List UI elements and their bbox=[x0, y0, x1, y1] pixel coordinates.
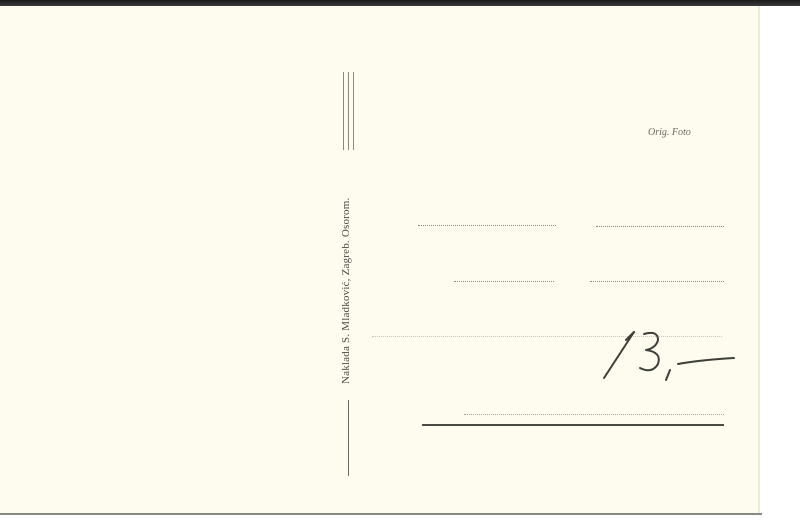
divider-line-top-1 bbox=[343, 72, 344, 150]
divider-line-top-2 bbox=[348, 72, 349, 150]
publisher-imprint: Naklada S. Mladković, Zagreb. Osorom. bbox=[340, 198, 352, 384]
address-line-2-right bbox=[590, 281, 724, 282]
handwritten-price: 13,— bbox=[600, 328, 740, 388]
postcard-bottom-edge bbox=[0, 513, 762, 515]
address-line-2-left bbox=[454, 281, 554, 282]
address-line-1-left bbox=[418, 225, 556, 226]
handwritten-price-icon bbox=[600, 328, 740, 388]
address-line-4 bbox=[422, 424, 724, 426]
address-line-1-right bbox=[596, 226, 724, 227]
divider-line-bottom bbox=[348, 400, 349, 476]
postcard-back bbox=[0, 6, 760, 514]
photo-credit: Orig. Foto bbox=[648, 127, 691, 138]
address-line-4-upper bbox=[464, 414, 724, 415]
divider-line-top-3 bbox=[353, 72, 354, 150]
